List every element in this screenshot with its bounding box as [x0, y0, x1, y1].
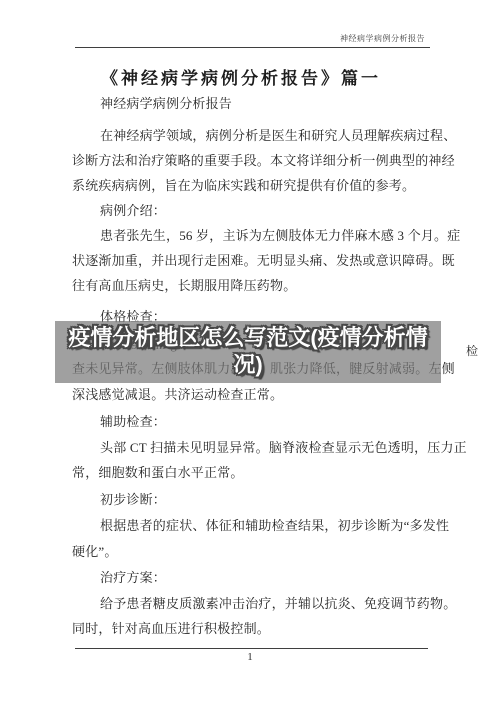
body-line: 同时，针对高血压进行积极控制。: [72, 621, 270, 636]
watermark-banner-line1: 疫情分析地区怎么写范文(疫情分析情: [55, 324, 441, 351]
body-line: 诊断方法和治疗策略的重要手段。本文将详细分析一例典型的神经: [72, 153, 455, 168]
footer-rule: [75, 648, 428, 649]
body-line: 患者张先生，56 岁，主诉为左侧肢体无力伴麻木感 3 个月。症: [100, 228, 460, 243]
body-line: 根据患者的症状、体征和辅助检查结果，初步诊断为“多发性: [100, 518, 449, 533]
running-header-text: 神经病学病例分析报告: [0, 33, 425, 44]
body-line: 往有高血压病史，长期服用降压药物。: [72, 278, 296, 293]
obscured-fragment: 检: [466, 342, 478, 359]
body-line: 头部 CT 扫描未见明显异常。脑脊液检查显示无色透明，压力正: [100, 440, 467, 455]
body-line: 辅助检查：: [100, 414, 166, 429]
body-line: 硬化”。: [72, 544, 118, 559]
body-line: 治疗方案：: [100, 570, 166, 585]
body-line: 系统疾病病例，旨在为临床实践和研究提供有价值的参考。: [72, 178, 415, 193]
body-line: 神经病学病例分析报告: [100, 96, 232, 111]
body-line: 病例介绍：: [100, 203, 166, 218]
body-line: 常，细胞数和蛋白水平正常。: [72, 465, 244, 480]
watermark-banner: 疫情分析地区怎么写范文(疫情分析情 况): [55, 321, 441, 383]
document-page: 神经病学病例分析报告 《神经病学病例分析报告》篇一 神经病学病例分析报告在神经病…: [0, 0, 500, 706]
body-line: 给予患者糖皮质激素冲击治疗，并辅以抗炎、免疫调节药物。: [100, 596, 456, 611]
body-line: 在神经病学领域，病例分析是医生和研究人员理解疾病过程、: [100, 128, 456, 143]
header-rule: [75, 47, 430, 48]
document-title: 《神经病学病例分析报告》篇一: [101, 64, 381, 89]
body-line: 初步诊断：: [100, 492, 166, 507]
watermark-banner-line2: 况): [55, 351, 441, 378]
body-line: 状逐渐加重，并出现行走困难。无明显头痛、发热或意识障碍。既: [72, 253, 455, 268]
page-number: 1: [0, 651, 500, 663]
body-line: 深浅感觉减退。共济运动检查正常。: [72, 387, 283, 402]
